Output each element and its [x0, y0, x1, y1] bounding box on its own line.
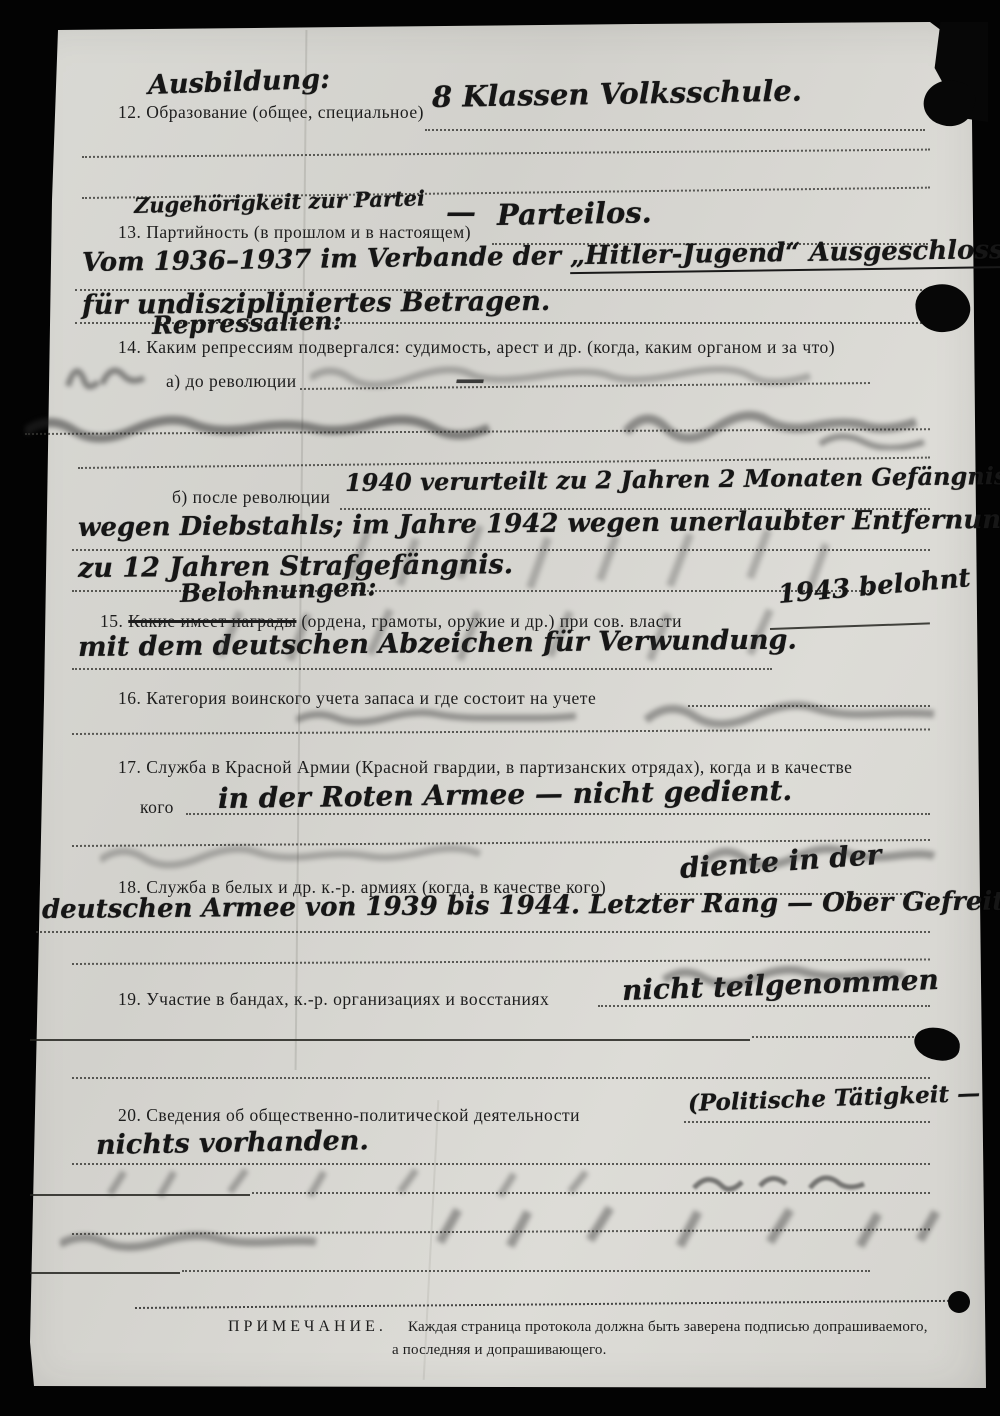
q15-number: 15.	[100, 611, 123, 631]
q20-label: 20. Сведения об общественно-политической…	[118, 1105, 580, 1126]
ink-bleedthrough	[690, 1166, 890, 1198]
ruled-line	[36, 931, 930, 933]
note-label: ПРИМЕЧАНИЕ.	[228, 1318, 387, 1336]
ink-bleedthrough	[330, 500, 850, 600]
ink-bleedthrough	[700, 838, 940, 872]
q20-answer-handwritten-line2: nichts vorhanden.	[96, 1125, 369, 1161]
ruled-line	[598, 1005, 930, 1007]
ruled-line	[30, 1039, 750, 1041]
note-text-line1: Каждая страница протокола должна быть за…	[408, 1319, 928, 1336]
ink-bleedthrough	[310, 358, 850, 392]
q13-answer-handwritten: Parteilos.	[497, 195, 652, 232]
ruled-line	[182, 1270, 870, 1272]
scanned-protocol-page: Ausbildung: 12. Образование (общее, спец…	[0, 0, 1000, 1416]
ink-bleedthrough	[200, 596, 820, 668]
q12-answer-handwritten: 8 Klassen Volksschule.	[432, 74, 802, 114]
q14b-label: б) после революции	[172, 487, 330, 508]
ruled-line	[72, 1077, 930, 1079]
q19-label: 19. Участие в бандах, к.-р. организациях…	[118, 989, 549, 1010]
ink-bleedthrough	[100, 1164, 620, 1202]
q12-label: 12. Образование (общее, специальное)	[118, 102, 424, 123]
q14a-label: а) до революции	[166, 371, 297, 392]
ink-bleedthrough	[420, 1198, 960, 1254]
q17-label-kogo: кого	[140, 797, 174, 818]
ruled-line	[30, 1272, 180, 1274]
ink-bleedthrough	[640, 692, 940, 732]
q13-note-part-b: „Hitler-Jugend“ Ausgeschlossen	[570, 235, 1000, 275]
ink-bleedthrough	[62, 356, 152, 398]
punch-hole	[948, 1291, 970, 1313]
ink-bleedthrough	[660, 960, 920, 990]
ruled-line	[752, 1036, 930, 1038]
q13-label: 13. Партийность (в прошлом и в настоящем…	[118, 222, 471, 243]
q14-label: 14. Каким репрессиям подвергался: судимо…	[118, 337, 835, 358]
ink-bleedthrough	[25, 408, 495, 446]
ruled-line	[425, 129, 925, 131]
ink-bleedthrough	[60, 1228, 320, 1254]
handwritten-heading-ausbildung: Ausbildung:	[147, 64, 330, 101]
ink-bleedthrough	[620, 398, 940, 450]
ink-bleedthrough	[296, 704, 576, 730]
handwritten-heading-repressalien: Repressalien:	[152, 306, 343, 340]
ruled-line	[684, 1121, 930, 1123]
ruled-line	[72, 668, 772, 670]
ink-bleedthrough	[100, 836, 520, 872]
